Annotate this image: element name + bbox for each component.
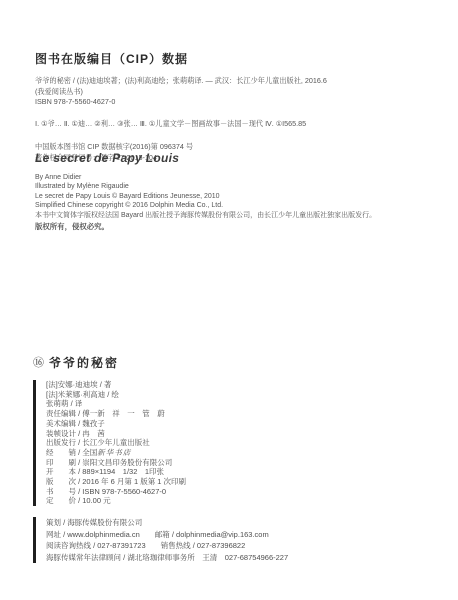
- footer-website-email-row: 网址 / www.dolphinmedia.cn 邮箱 / dolphinmed…: [46, 529, 430, 541]
- footer-hotlines-row: 阅读咨询热线 / 027-87391723 销售热线 / 027-8739682…: [46, 540, 430, 552]
- distribution-bookstore-script: 新华书店: [97, 448, 131, 457]
- publisher-footer-section: 策划 / 海豚传媒股份有限公司 网址 / www.dolphinmedia.cn…: [33, 517, 430, 563]
- distribution-label: 经 销 / 全国: [46, 448, 97, 457]
- original-copyright-line: Le secret de Papy Louis © Bayard Edition…: [35, 192, 430, 201]
- publisher-footer-block: 策划 / 海豚传媒股份有限公司 网址 / www.dolphinmedia.cn…: [33, 517, 430, 563]
- cip-body: 爷爷的秘密 / (法)迪迪埃著；(法)利高迪绘；张萌萌译. — 武汉：长江少年儿…: [35, 76, 430, 163]
- colophon-printer-row: 印 刷 / 崇阳文昌印务股份有限公司: [46, 458, 430, 468]
- colophon-editors-row: 责任编辑 / 傅一新 祥 一 管 蔚: [46, 409, 430, 419]
- colophon-isbn-row: 书 号 / ISBN 978-7-5560-4627-0: [46, 487, 430, 497]
- original-french-title: Le secret de Papy Louis: [35, 151, 430, 165]
- copyright-section: Le secret de Papy Louis By Anne Didier I…: [35, 151, 430, 231]
- colophon-section: ⑯ 爷爷的秘密 [法]安娜·迪迪埃 / 著 [法]米莱娜·利高迪 / 绘 张萌萌…: [33, 354, 430, 506]
- colophon-author-row: [法]安娜·迪迪埃 / 著: [46, 380, 430, 390]
- cip-line-isbn: ISBN 978-7-5560-4627-0: [35, 97, 430, 108]
- colophon-edition-row: 版 次 / 2016 年 6 月第 1 版第 1 次印刷: [46, 477, 430, 487]
- colophon-title-row: ⑯ 爷爷的秘密: [33, 354, 430, 371]
- illustrator-credit-line: Illustrated by Mylène Rigaudie: [35, 182, 430, 191]
- colophon-format-row: 开 本 / 889×1194 1/32 1印张: [46, 467, 430, 477]
- colophon-translator-row: 张萌萌 / 译: [46, 399, 430, 409]
- colophon-credits-block: [法]安娜·迪迪埃 / 著 [法]米莱娜·利高迪 / 绘 张萌萌 / 译 责任编…: [33, 380, 430, 506]
- cip-line-series: (我爱阅读丛书): [35, 87, 430, 98]
- colophon-distribution-row: 经 销 / 全国新华书店: [46, 448, 430, 458]
- cip-line-title: 爷爷的秘密 / (法)迪迪埃著；(法)利高迪绘；张萌萌译. — 武汉：长江少年儿…: [35, 76, 430, 87]
- colophon-publisher-row: 出版发行 / 长江少年儿童出版社: [46, 438, 430, 448]
- copyright-credits: By Anne Didier Illustrated by Mylène Rig…: [35, 173, 430, 231]
- colophon-art-editor-row: 美术编辑 / 魏孜子: [46, 419, 430, 429]
- colophon-illustrator-row: [法]米莱娜·利高迪 / 绘: [46, 390, 430, 400]
- author-credit-line: By Anne Didier: [35, 173, 430, 182]
- book-title: 爷爷的秘密: [49, 354, 119, 371]
- colophon-designer-row: 装帧设计 / 冉 茜: [46, 429, 430, 439]
- series-number-badge: ⑯: [33, 357, 44, 369]
- footer-planner-row: 策划 / 海豚传媒股份有限公司: [46, 517, 430, 529]
- cip-classification-line: Ⅰ. ①爷… Ⅱ. ①迪… ②利… ③张… Ⅲ. ①儿童文学－图画故事－法国－现…: [35, 119, 430, 130]
- copyright-page: 图书在版编目（CIP）数据 爷爷的秘密 / (法)迪迪埃著；(法)利高迪绘；张萌…: [0, 0, 458, 600]
- colophon-price-row: 定 价 / 10.00 元: [46, 496, 430, 506]
- cip-heading: 图书在版编目（CIP）数据: [35, 50, 430, 67]
- footer-legal-counsel-row: 海豚传媒常年法律顾问 / 湖北珞珈律师事务所 王清 027-68754966-2…: [46, 552, 430, 564]
- cip-section: 图书在版编目（CIP）数据 爷爷的秘密 / (法)迪迪埃著；(法)利高迪绘；张萌…: [35, 50, 430, 163]
- chinese-copyright-line: Simplified Chinese copyright © 2016 Dolp…: [35, 201, 430, 210]
- rights-reserved-notice: 版权所有，侵权必究。: [35, 222, 430, 231]
- license-statement-line: 本书中文简体字版权经法国 Bayard 出版社授予海豚传媒股份有限公司，由长江少…: [35, 211, 430, 220]
